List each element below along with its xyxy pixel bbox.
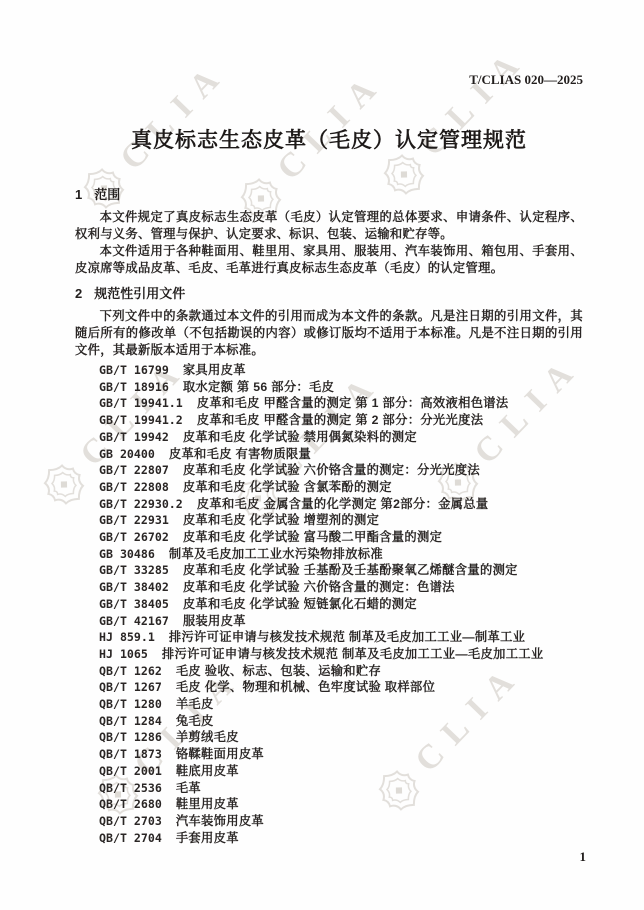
reference-item: GB/T 19942皮革和毛皮 化学试验 禁用偶氮染料的测定 <box>75 429 583 446</box>
reference-code: QB/T 1286 <box>99 730 162 744</box>
reference-name: 家具用皮革 <box>183 363 246 377</box>
reference-name: 皮革和毛皮 化学试验 壬基酚及壬基酚聚氧乙烯醚含量的测定 <box>183 563 518 577</box>
reference-code: GB/T 26702 <box>99 530 169 544</box>
reference-code: HJ 859.1 <box>99 630 155 644</box>
reference-name: 毛革 <box>176 781 201 795</box>
reference-name: 鞋底用皮革 <box>176 764 239 778</box>
reference-item: GB/T 19941.2皮革和毛皮 甲醛含量的测定 第 2 部分：分光光度法 <box>75 412 583 429</box>
section-2-title: 规范性引用文件 <box>94 286 185 301</box>
reference-item: GB/T 38402皮革和毛皮 化学试验 六价铬含量的测定：色谱法 <box>75 579 583 596</box>
reference-name: 皮革和毛皮 甲醛含量的测定 第 1 部分：高效液相色谱法 <box>197 396 509 410</box>
reference-name: 皮革和毛皮 有害物质限量 <box>169 447 311 461</box>
reference-code: GB/T 16799 <box>99 363 169 377</box>
reference-code: GB 30486 <box>99 547 155 561</box>
reference-code: GB/T 22931 <box>99 513 169 527</box>
reference-item: GB/T 26702皮革和毛皮 化学试验 富马酸二甲酯含量的测定 <box>75 529 583 546</box>
reference-item: GB/T 22807皮革和毛皮 化学试验 六价铬含量的测定：分光光度法 <box>75 462 583 479</box>
reference-code: GB/T 42167 <box>99 614 169 628</box>
reference-item: HJ 859.1排污许可证申请与核发技术规范 制革及毛皮加工工业—制革工业 <box>75 629 583 646</box>
reference-item: QB/T 2680鞋里用皮革 <box>75 796 583 813</box>
reference-code: GB/T 19941.1 <box>99 396 183 410</box>
reference-code: QB/T 2704 <box>99 831 162 845</box>
reference-name: 制革及毛皮加工工业水污染物排放标准 <box>169 547 383 561</box>
reference-item: QB/T 2001鞋底用皮革 <box>75 763 583 780</box>
reference-name: 手套用皮革 <box>176 831 239 845</box>
reference-code: GB/T 22807 <box>99 463 169 477</box>
reference-name: 皮革和毛皮 化学试验 六价铬含量的测定：分光光度法 <box>183 463 480 477</box>
section-1-heading: 1范围 <box>75 186 583 203</box>
page-number: 1 <box>580 849 587 865</box>
section-1-number: 1 <box>75 187 82 202</box>
reference-item: GB/T 22930.2皮革和毛皮 金属含量的化学测定 第2部分：金属总量 <box>75 496 583 513</box>
section-1-title: 范围 <box>94 187 120 202</box>
reference-name: 皮革和毛皮 化学试验 短链氯化石蜡的测定 <box>183 597 417 611</box>
reference-code: QB/T 2680 <box>99 797 162 811</box>
document-content: T/CLIAS 020—2025 真皮标志生态皮革（毛皮）认定管理规范 1范围 … <box>75 0 583 846</box>
reference-name: 皮革和毛皮 化学试验 禁用偶氮染料的测定 <box>183 430 417 444</box>
document-title: 真皮标志生态皮革（毛皮）认定管理规范 <box>75 126 583 156</box>
reference-item: GB/T 19941.1皮革和毛皮 甲醛含量的测定 第 1 部分：高效液相色谱法 <box>75 395 583 412</box>
reference-code: GB/T 38405 <box>99 597 169 611</box>
reference-item: QB/T 2536毛革 <box>75 780 583 797</box>
reference-name: 皮革和毛皮 化学试验 含氯苯酚的测定 <box>183 480 392 494</box>
reference-item: QB/T 2703汽车装饰用皮革 <box>75 813 583 830</box>
reference-code: QB/T 1873 <box>99 747 162 761</box>
reference-item: HJ 1065排污许可证申请与核发技术规范 制革及毛皮加工工业—毛皮加工工业 <box>75 646 583 663</box>
reference-name: 排污许可证申请与核发技术规范 制革及毛皮加工工业—毛皮加工工业 <box>162 647 544 661</box>
reference-code: QB/T 1284 <box>99 714 162 728</box>
reference-code: QB/T 1262 <box>99 664 162 678</box>
reference-name: 服装用皮革 <box>183 614 246 628</box>
references-list: GB/T 16799家具用皮革 GB/T 18916取水定额 第 56 部分：毛… <box>75 362 583 846</box>
reference-name: 皮革和毛皮 化学试验 六价铬含量的测定：色谱法 <box>183 580 455 594</box>
reference-code: GB/T 18916 <box>99 380 169 394</box>
reference-name: 毛皮 验收、标志、包装、运输和贮存 <box>176 664 381 678</box>
reference-item: GB/T 22931皮革和毛皮 化学试验 增塑剂的测定 <box>75 512 583 529</box>
reference-code: GB/T 22930.2 <box>99 497 183 511</box>
reference-name: 羊剪绒毛皮 <box>176 730 239 744</box>
reference-item: QB/T 1280羊毛皮 <box>75 696 583 713</box>
reference-name: 皮革和毛皮 化学试验 富马酸二甲酯含量的测定 <box>183 530 442 544</box>
normative-references-intro: 下列文件中的条款通过本文件的引用而成为本文件的条款。凡是注日期的引用文件，其随后… <box>75 308 583 359</box>
reference-code: GB/T 19941.2 <box>99 413 183 427</box>
reference-item: GB/T 38405皮革和毛皮 化学试验 短链氯化石蜡的测定 <box>75 596 583 613</box>
scope-paragraph-1: 本文件规定了真皮标志生态皮革（毛皮）认定管理的总体要求、申请条件、认定程序、权利… <box>75 209 583 243</box>
reference-name: 皮革和毛皮 甲醛含量的测定 第 2 部分：分光光度法 <box>197 413 484 427</box>
reference-code: QB/T 2001 <box>99 764 162 778</box>
reference-code: GB 20400 <box>99 447 155 461</box>
reference-name: 汽车装饰用皮革 <box>176 814 264 828</box>
reference-code: GB/T 19942 <box>99 430 169 444</box>
reference-item: QB/T 1873铬鞣鞋面用皮革 <box>75 746 583 763</box>
standard-number: T/CLIAS 020—2025 <box>75 72 583 88</box>
reference-item: QB/T 1286羊剪绒毛皮 <box>75 729 583 746</box>
reference-item: QB/T 1262毛皮 验收、标志、包装、运输和贮存 <box>75 663 583 680</box>
reference-item: GB 20400皮革和毛皮 有害物质限量 <box>75 446 583 463</box>
reference-item: GB/T 16799家具用皮革 <box>75 362 583 379</box>
reference-name: 皮革和毛皮 化学试验 增塑剂的测定 <box>183 513 379 527</box>
reference-code: QB/T 2536 <box>99 781 162 795</box>
reference-item: GB/T 33285皮革和毛皮 化学试验 壬基酚及壬基酚聚氧乙烯醚含量的测定 <box>75 562 583 579</box>
reference-item: QB/T 1284兔毛皮 <box>75 713 583 730</box>
reference-code: QB/T 1280 <box>99 697 162 711</box>
reference-code: QB/T 1267 <box>99 680 162 694</box>
reference-code: GB/T 33285 <box>99 563 169 577</box>
reference-name: 皮革和毛皮 金属含量的化学测定 第2部分：金属总量 <box>197 497 489 511</box>
reference-item: GB/T 22808皮革和毛皮 化学试验 含氯苯酚的测定 <box>75 479 583 496</box>
reference-name: 取水定额 第 56 部分：毛皮 <box>183 380 334 394</box>
reference-name: 鞋里用皮革 <box>176 797 239 811</box>
reference-item: GB 30486制革及毛皮加工工业水污染物排放标准 <box>75 546 583 563</box>
document-page: CLIA CLIA CLIA CLIA CLIA CLIA CLIA CLIA … <box>0 0 644 910</box>
reference-item: QB/T 1267毛皮 化学、物理和机械、色牢度试验 取样部位 <box>75 679 583 696</box>
reference-item: GB/T 42167服装用皮革 <box>75 613 583 630</box>
reference-name: 毛皮 化学、物理和机械、色牢度试验 取样部位 <box>176 680 435 694</box>
scope-paragraph-2: 本文件适用于各种鞋面用、鞋里用、家具用、服装用、汽车装饰用、箱包用、手套用、皮凉… <box>75 243 583 277</box>
reference-name: 兔毛皮 <box>176 714 214 728</box>
reference-item: GB/T 18916取水定额 第 56 部分：毛皮 <box>75 379 583 396</box>
reference-name: 羊毛皮 <box>176 697 214 711</box>
reference-code: HJ 1065 <box>99 647 148 661</box>
section-2-heading: 2规范性引用文件 <box>75 285 583 302</box>
reference-code: QB/T 2703 <box>99 814 162 828</box>
reference-code: GB/T 38402 <box>99 580 169 594</box>
reference-name: 排污许可证申请与核发技术规范 制革及毛皮加工工业—制革工业 <box>169 630 525 644</box>
section-2-number: 2 <box>75 286 82 301</box>
reference-code: GB/T 22808 <box>99 480 169 494</box>
reference-name: 铬鞣鞋面用皮革 <box>176 747 264 761</box>
reference-item: QB/T 2704手套用皮革 <box>75 830 583 847</box>
